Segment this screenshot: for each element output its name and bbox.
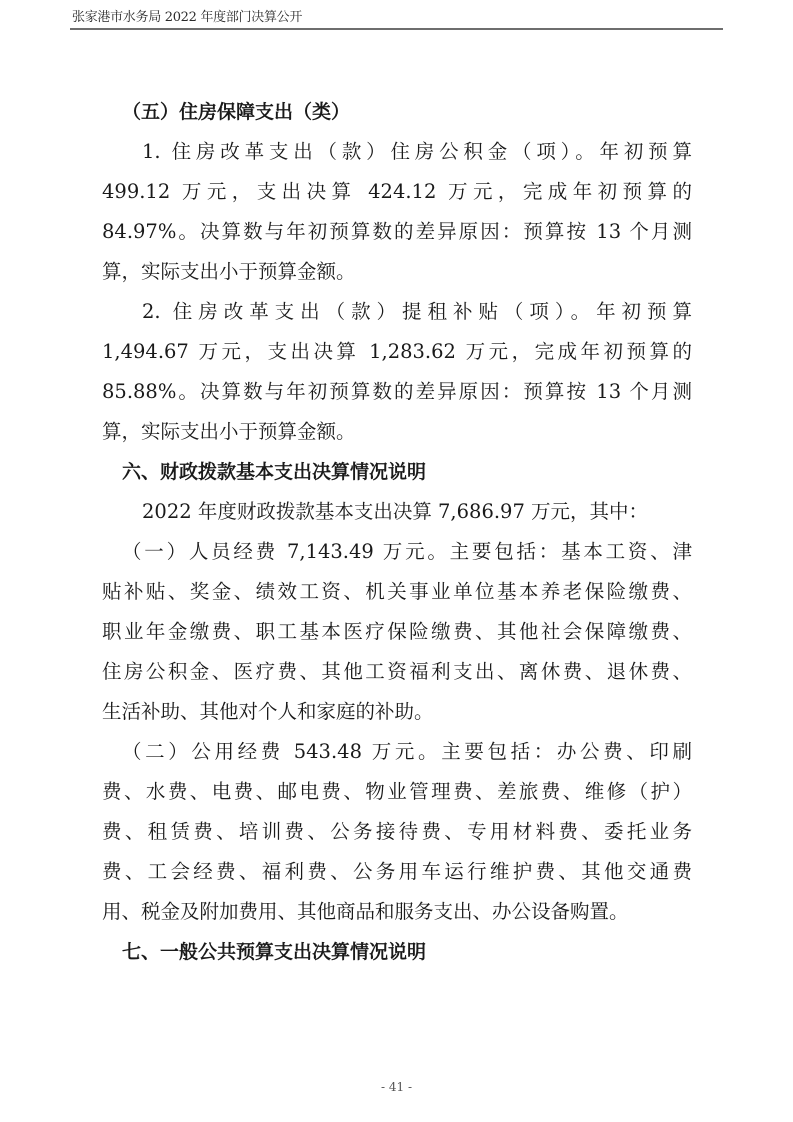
section-5-item-2: 2. 住房改革支出（款）提租补贴（项）。年初预算 1,494.67 万元，支出决… — [102, 292, 692, 452]
paragraph-line: 住房公积金、医疗费、其他工资福利支出、离休费、退休费、 — [102, 652, 692, 692]
section-7-heading: 七、一般公共预算支出决算情况说明 — [102, 932, 692, 972]
section-5-heading: （五）住房保障支出（类） — [102, 92, 692, 132]
paragraph-line: 用、税金及附加费用、其他商品和服务支出、办公设备购置。 — [102, 892, 692, 932]
paragraph-line: 499.12 万元，支出决算 424.12 万元，完成年初预算的 — [102, 172, 692, 212]
header-title: 张家港市水务局 2022 年度部门决算公开 — [72, 11, 302, 25]
paragraph-line: （一）人员经费 7,143.49 万元。主要包括：基本工资、津 — [102, 532, 692, 572]
paragraph-line: 算，实际支出小于预算金额。 — [102, 252, 692, 292]
section-6-heading: 六、财政拨款基本支出决算情况说明 — [102, 452, 692, 492]
paragraph-line: 贴补贴、奖金、绩效工资、机关事业单位基本养老保险缴费、 — [102, 572, 692, 612]
document-body: （五）住房保障支出（类） 1. 住房改革支出（款）住房公积金（项）。年初预算 4… — [102, 92, 692, 972]
paragraph-line: 1. 住房改革支出（款）住房公积金（项）。年初预算 — [102, 132, 692, 172]
paragraph-line: （二）公用经费 543.48 万元。主要包括：办公费、印刷 — [102, 732, 692, 772]
paragraph-line: 费、工会经费、福利费、公务用车运行维护费、其他交通费 — [102, 852, 692, 892]
page-header: 张家港市水务局 2022 年度部门决算公开 — [70, 8, 723, 30]
section-5-item-1: 1. 住房改革支出（款）住房公积金（项）。年初预算 499.12 万元，支出决算… — [102, 132, 692, 292]
paragraph-line: 1,494.67 万元，支出决算 1,283.62 万元，完成年初预算的 — [102, 332, 692, 372]
paragraph-line: 84.97%。决算数与年初预算数的差异原因：预算按 13 个月测 — [102, 212, 692, 252]
paragraph-line: 费、水费、电费、邮电费、物业管理费、差旅费、维修（护） — [102, 772, 692, 812]
page-number: - 41 - — [0, 1080, 793, 1094]
personnel-expenses-paragraph: （一）人员经费 7,143.49 万元。主要包括：基本工资、津 贴补贴、奖金、绩… — [102, 532, 692, 732]
paragraph-line: 算，实际支出小于预算金额。 — [102, 412, 692, 452]
paragraph-line: 费、租赁费、培训费、公务接待费、专用材料费、委托业务 — [102, 812, 692, 852]
paragraph-line: 85.88%。决算数与年初预算数的差异原因：预算按 13 个月测 — [102, 372, 692, 412]
paragraph-line: 生活补助、其他对个人和家庭的补助。 — [102, 692, 692, 732]
paragraph-line: 职业年金缴费、职工基本医疗保险缴费、其他社会保障缴费、 — [102, 612, 692, 652]
paragraph-line: 2. 住房改革支出（款）提租补贴（项）。年初预算 — [102, 292, 692, 332]
public-expenses-paragraph: （二）公用经费 543.48 万元。主要包括：办公费、印刷 费、水费、电费、邮电… — [102, 732, 692, 932]
section-6-intro: 2022 年度财政拨款基本支出决算 7,686.97 万元，其中： — [102, 492, 692, 532]
